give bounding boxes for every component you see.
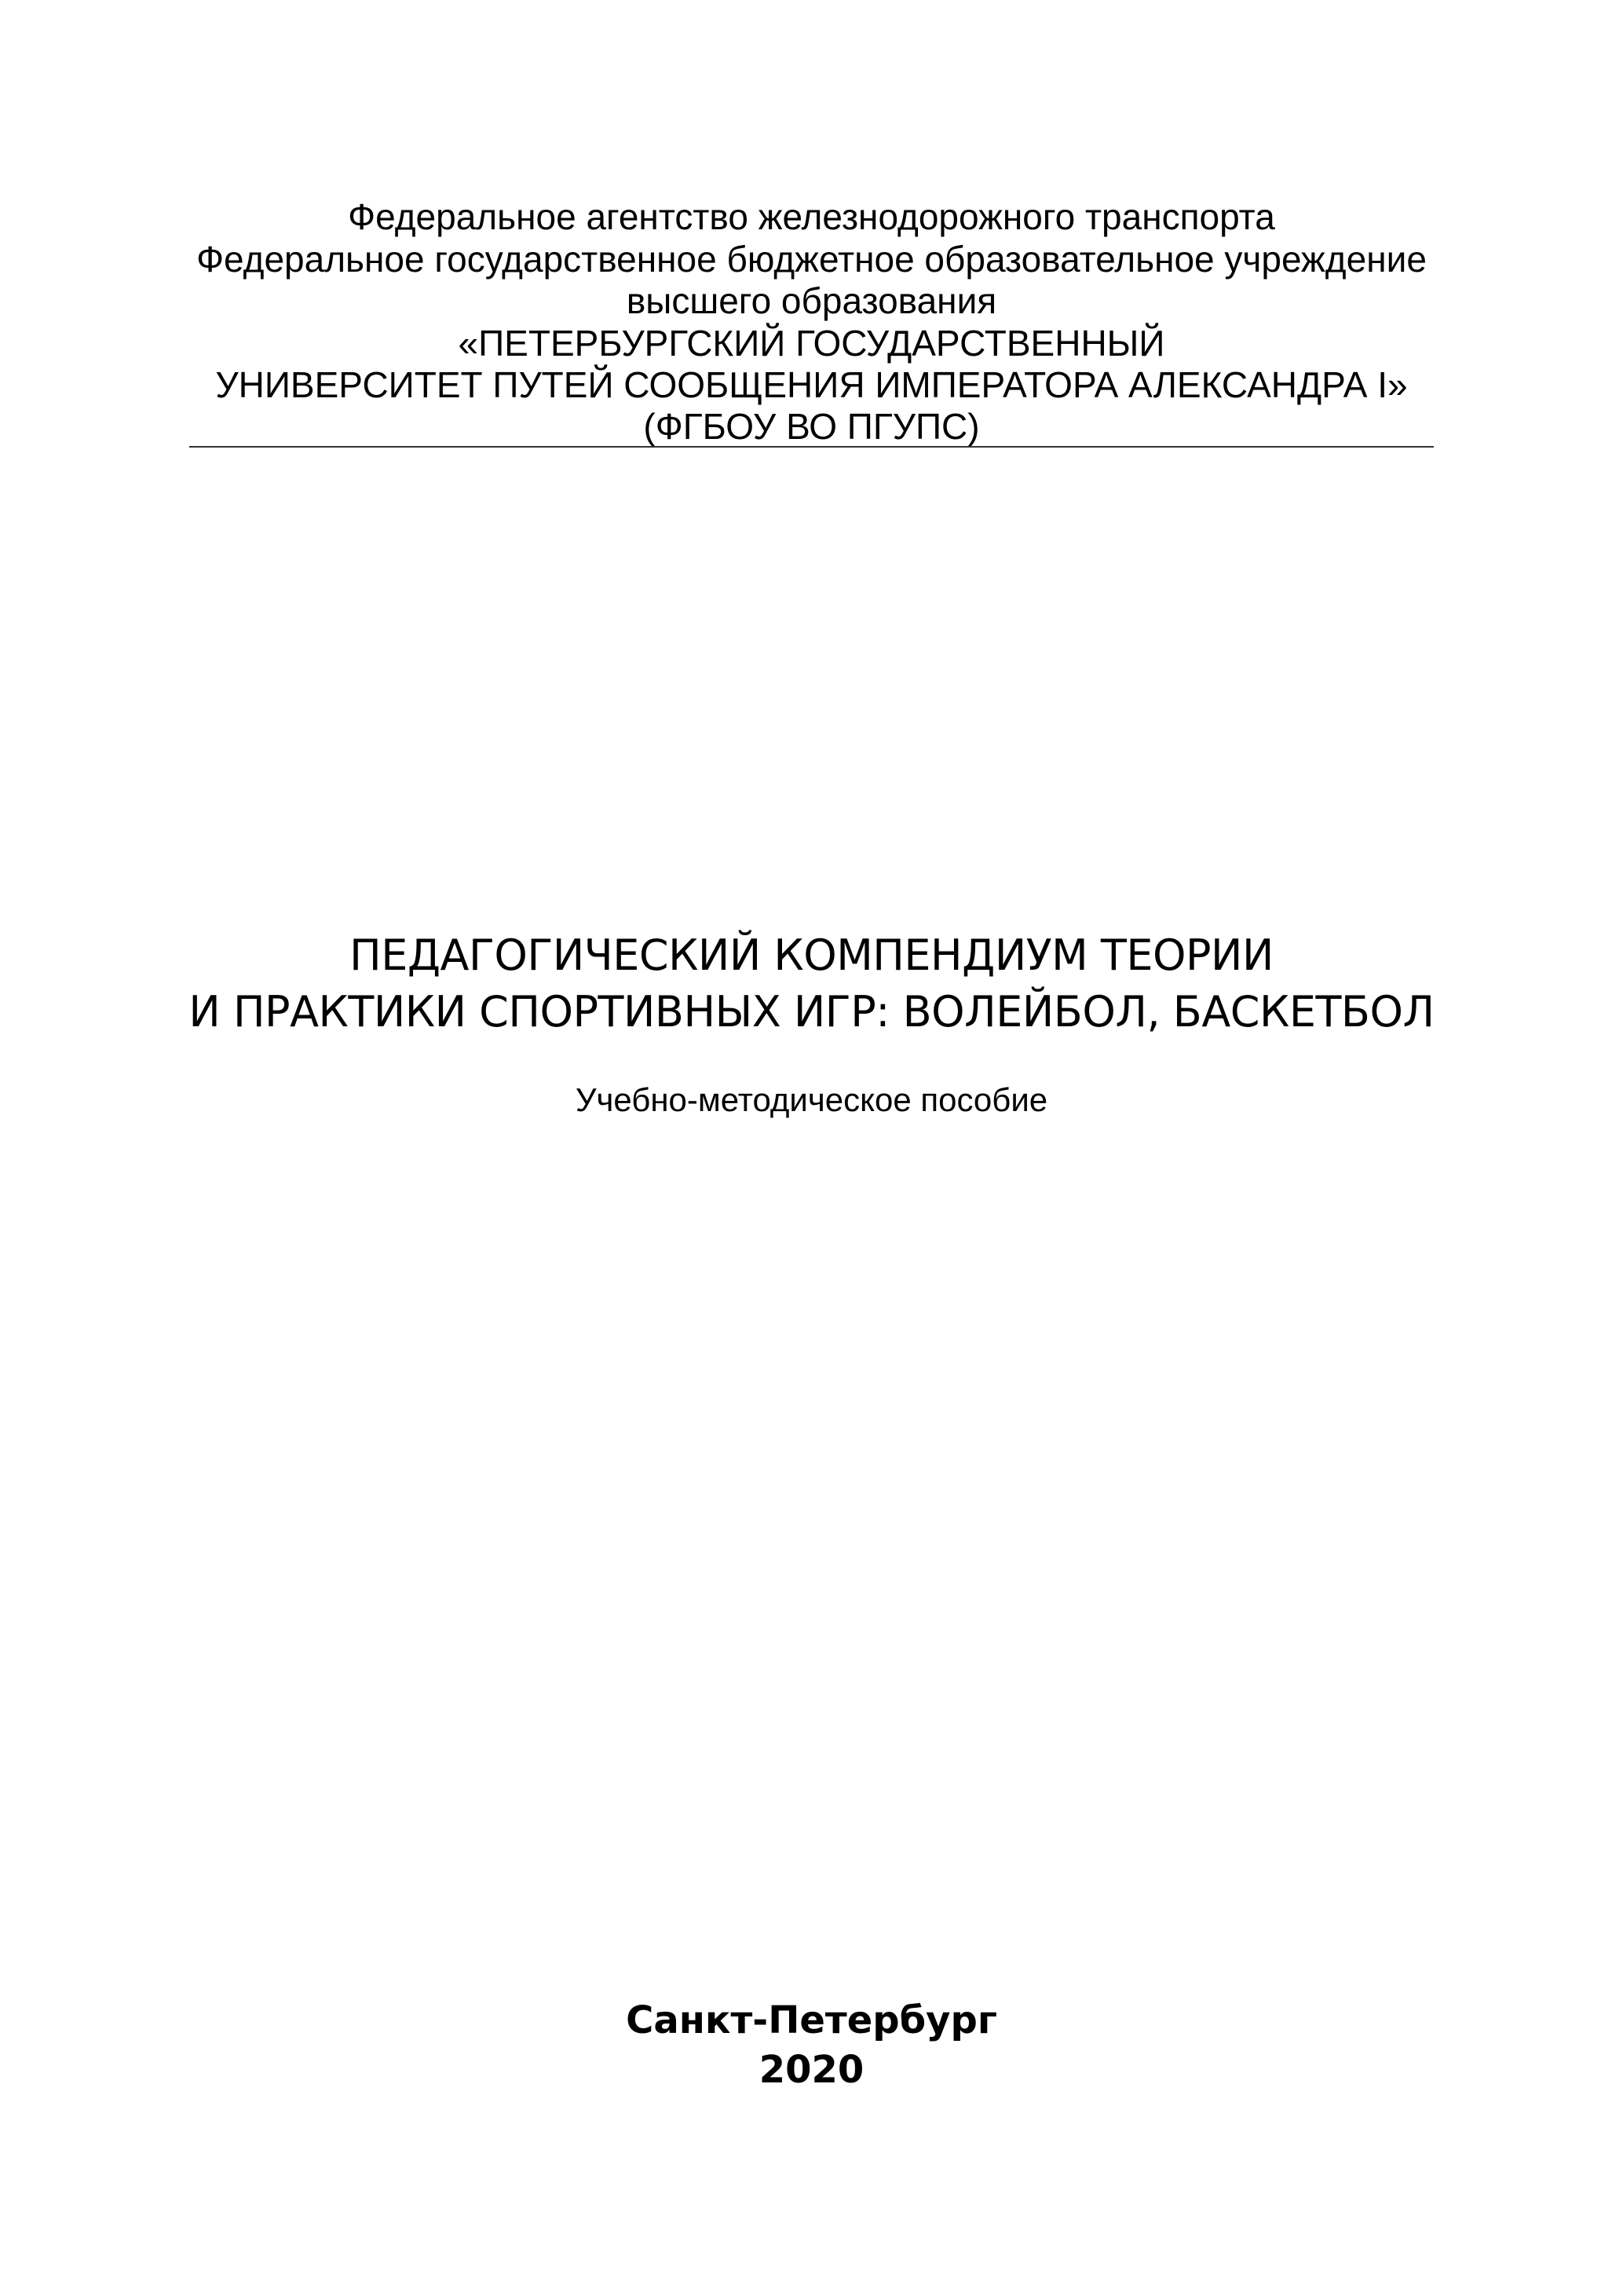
university-abbreviation: (ФГБОУ ВО ПГУПС) — [0, 408, 1623, 444]
title-page: Федеральное агентство железнодорожного т… — [0, 0, 1623, 2296]
university-name-line-2: УНИВЕРСИТЕТ ПУТЕЙ СООБЩЕНИЯ ИМПЕРАТОРА А… — [0, 367, 1623, 403]
university-name-line-1: «ПЕТЕРБУРГСКИЙ ГОСУДАРСТВЕННЫЙ — [0, 325, 1623, 361]
document-title-line-2: И ПРАКТИКИ СПОРТИВНЫХ ИГР: ВОЛЕЙБОЛ, БАС… — [0, 991, 1623, 1033]
document-title-line-1: ПЕДАГОГИЧЕСКИЙ КОМПЕНДИУМ ТЕОРИИ — [0, 934, 1623, 977]
agency-name: Федеральное агентство железнодорожного т… — [0, 199, 1623, 235]
publication-city: Санкт-Петербург — [0, 2002, 1623, 2039]
header-divider — [189, 446, 1434, 448]
education-level: высшего образования — [0, 283, 1623, 319]
publication-year: 2020 — [0, 2051, 1623, 2089]
institution-type: Федеральное государственное бюджетное об… — [0, 241, 1623, 277]
document-subtitle: Учебно-методическое пособие — [0, 1084, 1623, 1117]
